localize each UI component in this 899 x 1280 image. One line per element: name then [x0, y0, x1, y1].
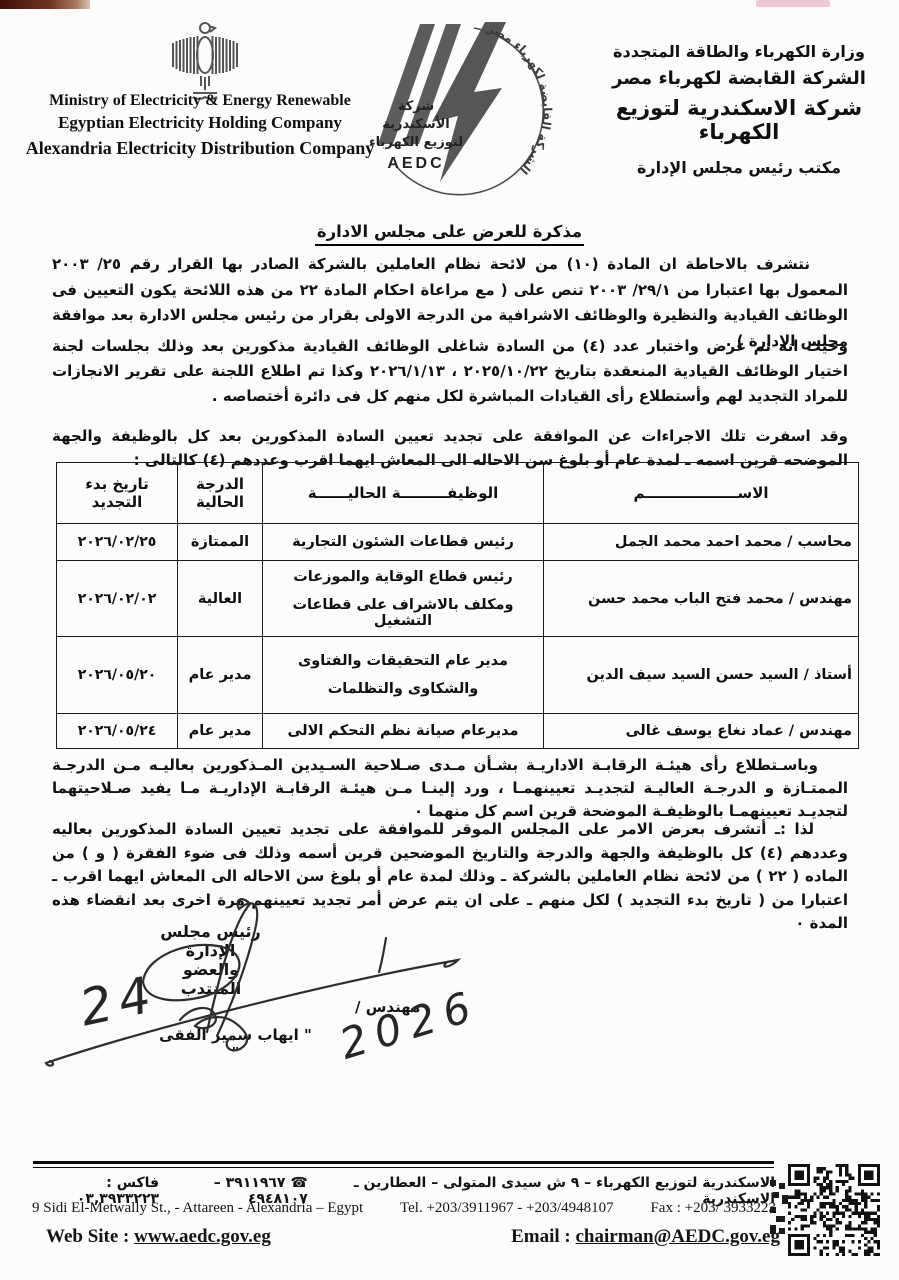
cell-grade: مدير عام [178, 637, 263, 714]
cell-position: رئيس قطاع الوقاية والموزعات ومكلف بالاشر… [263, 561, 544, 637]
cell-name: مهندس / عماد نغاع يوسف غالى [544, 714, 859, 749]
cell-date: ٢٠٢٦/٠٢/٠٢ [57, 561, 178, 637]
website-entry: Web Site : www.aedc.gov.eg [46, 1226, 271, 1248]
logo-name-line2: لتوزيع الكهرباء [366, 134, 466, 152]
th-grade: الدرجة الحالية [178, 463, 263, 524]
website-label: Web Site : [46, 1226, 134, 1247]
paragraph-oversight-opinion: وباسـتطلاع رأى هيئـة الرقابـة الاداريـة … [52, 754, 848, 823]
cell-date: ٢٠٢٦/٠٥/٢٤ [57, 714, 178, 749]
position-line2: ومكلف بالاشراف على قطاعات التشغيل [269, 597, 537, 629]
company-name-ar: شركة الاسكندرية لتوزيع الكهرباء [589, 96, 889, 144]
scanned-memo-page: Ministry of Electricity & Energy Renewab… [0, 0, 899, 1280]
table-row: مهندس / محمد فتح الباب محمد حسن رئيس قطا… [57, 561, 859, 637]
email-entry: Email : chairman@AEDC.gov.eg [511, 1226, 780, 1248]
th-grade-line2: الحالية [184, 493, 256, 511]
scan-artifact-left [0, 0, 90, 9]
table-row: محاسب / محمد احمد محمد الجمل رئيس قطاعات… [57, 524, 859, 561]
egypt-eagle-icon [155, 10, 255, 102]
table-row: مهندس / عماد نغاع يوسف غالى مديرعام صيان… [57, 714, 859, 749]
th-renewal-date: تاريخ بدء التجديد [57, 463, 178, 524]
company-name-en: Alexandria Electricity Distribution Comp… [16, 138, 384, 159]
scan-artifact-right [756, 0, 830, 7]
letterhead-arabic: وزارة الكهرباء والطاقة المتجددة الشركة ا… [589, 42, 889, 144]
memo-title: مذكرة للعرض على مجلس الادارة [315, 222, 584, 246]
footer-tel-en: Tel. +203/3911967 - +203/4948107 [400, 1200, 614, 1217]
signature-name: " ايهاب سمير الفقى " [158, 1026, 313, 1062]
footer-address-en: 9 Sidi El-Metwally St., - Attareen - Ale… [32, 1200, 363, 1217]
position-line1: رئيس قطاع الوقاية والموزعات [269, 569, 537, 585]
logo-name-line1: شركة الأسكندرية [366, 98, 466, 134]
website-url: www.aedc.gov.eg [134, 1226, 271, 1247]
chairman-office-label: مكتب رئيس مجلس الإدارة [619, 158, 859, 177]
email-label: Email : [511, 1226, 575, 1247]
position-line2: والشكاوى والتظلمات [269, 681, 537, 697]
holding-company-en: Egyptian Electricity Holding Company [16, 113, 384, 133]
table-header-row: الاســــــــــــــــــم الوظيفـــــــــة… [57, 463, 859, 524]
logo-acronym: AEDC [366, 155, 466, 173]
table-row: أستاذ / السيد حسن السيد سيف الدين مدير ع… [57, 637, 859, 714]
position-line1: مدير عام التحقيقات والفتاوى [269, 653, 537, 669]
cell-position: رئيس قطاعات الشئون التجارية [263, 524, 544, 561]
ministry-name-en: Ministry of Electricity & Energy Renewab… [16, 92, 384, 110]
footer-web-email-line: Web Site : www.aedc.gov.eg Email : chair… [46, 1226, 780, 1248]
cell-date: ٢٠٢٦/٠٥/٢٠ [57, 637, 178, 714]
footer-divider [33, 1161, 774, 1168]
appointments-table: الاســــــــــــــــــم الوظيفـــــــــة… [56, 462, 859, 749]
cell-name: مهندس / محمد فتح الباب محمد حسن [544, 561, 859, 637]
letterhead-english: Ministry of Electricity & Energy Renewab… [16, 92, 384, 159]
signature-title-chairman: رئيس مجلس الإدارة [148, 922, 273, 960]
cell-position: مدير عام التحقيقات والفتاوى والشكاوى وال… [263, 637, 544, 714]
th-position: الوظيفـــــــــة الحاليــــــة [263, 463, 544, 524]
footer-english-line: 9 Sidi El-Metwally St., - Attareen - Ale… [32, 1200, 776, 1217]
qr-code-icon [788, 1164, 880, 1256]
handwritten-year: 2026 [334, 980, 485, 1069]
th-grade-line1: الدرجة [184, 475, 256, 493]
logo-company-name: شركة الأسكندرية لتوزيع الكهرباء AEDC [366, 98, 466, 173]
holding-company-ar: الشركة القابضة لكهرباء مصر [589, 68, 889, 89]
signature-title-managing-director: والعضو المنتدب [156, 960, 266, 998]
paragraph-committee-sessions: وحيث انه تم عرض واختبار عدد (٤) من الساد… [52, 334, 848, 409]
phone-icon: ☎ [290, 1175, 307, 1191]
cell-name: أستاذ / السيد حسن السيد سيف الدين [544, 637, 859, 714]
cell-grade: العالية [178, 561, 263, 637]
qr-code-fragment-icon [770, 1180, 788, 1240]
email-address: chairman@AEDC.gov.eg [575, 1226, 780, 1247]
paragraph-recommendation: لذا :ـ أتشرف بعرض الامر على المجلس الموق… [52, 818, 848, 936]
cell-date: ٢٠٢٦/٠٢/٢٥ [57, 524, 178, 561]
cell-grade: الممتازة [178, 524, 263, 561]
ministry-name-ar: وزارة الكهرباء والطاقة المتجددة [589, 42, 889, 61]
th-name: الاســــــــــــــــــم [544, 463, 859, 524]
footer-fax-en: Fax : +203/ 3933223 [650, 1200, 776, 1217]
cell-grade: مدير عام [178, 714, 263, 749]
cell-name: محاسب / محمد احمد محمد الجمل [544, 524, 859, 561]
handwritten-day: 24 [75, 965, 163, 1038]
cell-position: مديرعام صيانة نظم التحكم الالى [263, 714, 544, 749]
